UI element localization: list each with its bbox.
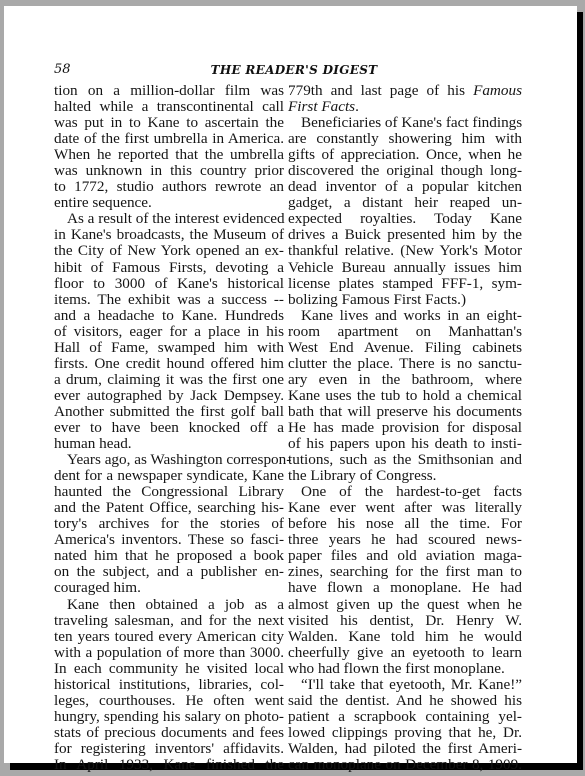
text-line: tion on a million-dollar film was <box>54 83 284 99</box>
text-line: zines, searching for the first man to <box>288 564 522 580</box>
text-line: stats of precious documents and fees <box>54 725 284 741</box>
text-line: Walden, had piloted the first Ameri- <box>288 741 522 757</box>
text-line: In April 1933, Kane finished the <box>54 757 284 773</box>
text-line: ever autographed by Jack Dempsey. <box>54 388 284 404</box>
text-line: In each community he visited local <box>54 661 284 677</box>
text-line: the Library of Congress. <box>288 468 522 484</box>
text-line: a drum, claiming it was the first one <box>54 372 284 388</box>
text-line: halted while a transcontinental call <box>54 99 284 115</box>
text-line: Kane then obtained a job as a <box>54 597 284 613</box>
left-column: tion on a million-dollar film washalted … <box>54 83 284 773</box>
text-line: the City of New York opened an ex- <box>54 243 284 259</box>
text-line: 779th and last page of his Famous <box>288 83 522 99</box>
text-line: West End Avenue. Filing cabinets <box>288 340 522 356</box>
text-line: to 1772, studio authors rewrote an <box>54 179 284 195</box>
text-line: dead inventor of a popular kitchen <box>288 179 522 195</box>
text-line: couraged him. <box>54 580 284 596</box>
text-line: of visitors, eager for a place in his <box>54 324 284 340</box>
text-line: paper files and old aviation maga- <box>288 548 522 564</box>
text-line: discovered the original though long- <box>288 163 522 179</box>
text-line: Kane lives and works in an eight- <box>288 308 522 324</box>
text-line: Kane uses the tub to hold a chemical <box>288 388 522 404</box>
text-line: license plates stamped FFF-1, sym- <box>288 276 522 292</box>
text-line: gifts of appreciation. Once, when he <box>288 147 522 163</box>
text-line: in Kane's broadcasts, the Museum of <box>54 227 284 243</box>
right-column: 779th and last page of his FamousFirst F… <box>288 83 522 773</box>
text-line: Walden. Kane told him he would <box>288 629 522 645</box>
text-line: thankful relative. (New York's Motor <box>288 243 522 259</box>
text-line: tutions, such as the Smithsonian and <box>288 452 522 468</box>
text-line: traveling salesman, and for the next <box>54 613 284 629</box>
text-line: was unknown in this country prior <box>54 163 284 179</box>
text-line: Beneficiaries of Kane's fact findings <box>288 115 522 131</box>
text-line: with a population of more than 3000. <box>54 645 284 661</box>
text-line: hungry, spending his salary on photo- <box>54 709 284 725</box>
text-line: date of the first umbrella in America. <box>54 131 284 147</box>
text-line: As a result of the interest evidenced <box>54 211 284 227</box>
text-line: three years he had scoured news- <box>288 532 522 548</box>
text-line: “I'll take that eyetooth, Mr. Kane!” <box>288 677 522 693</box>
text-line: nated him that he proposed a book <box>54 548 284 564</box>
text-line: and the Patent Office, searching his- <box>54 500 284 516</box>
text-line: hibit of Famous Firsts, devoting a <box>54 260 284 276</box>
text-line: clutter the place. There is no sanctu- <box>288 356 522 372</box>
text-line: and a headache to Kane. Hundreds <box>54 308 284 324</box>
running-title: THE READER'S DIGEST <box>54 63 524 77</box>
text-line: almost given up the quest when he <box>288 597 522 613</box>
text-line: America's inventors. These so fasci- <box>54 532 284 548</box>
text-line: have flown a monoplane. He had <box>288 580 522 596</box>
text-line: bath that will preserve his documents <box>288 404 522 420</box>
text-line: drives a Buick presented him by the <box>288 227 522 243</box>
text-line: entire sequence. <box>54 195 284 211</box>
text-line: cheerfully give an eyetooth to learn <box>288 645 522 661</box>
text-line: for registering inventors' affidavits. <box>54 741 284 757</box>
text-line: When he reported that the umbrella <box>54 147 284 163</box>
text-line: before his nose all the time. For <box>288 516 522 532</box>
text-line: expected royalties. Today Kane <box>288 211 522 227</box>
text-line: said the dentist. And he showed his <box>288 693 522 709</box>
text-line: visited his dentist, Dr. Henry W. <box>288 613 522 629</box>
text-line: was put in to Kane to ascertain the <box>54 115 284 131</box>
text-line: who had flown the first monoplane. <box>288 661 522 677</box>
text-line: can monoplane on December 8, 1909. <box>288 757 522 773</box>
text-line: gadget, a distant heir reaped un- <box>288 195 522 211</box>
text-line: Vehicle Bureau annually issues him <box>288 260 522 276</box>
text-line: are constantly showering him with <box>288 131 522 147</box>
text-line: Another submitted the first golf ball <box>54 404 284 420</box>
text-line: firsts. One credit hound offered him <box>54 356 284 372</box>
text-line: items. The exhibit was a success -- <box>54 292 284 308</box>
text-line: Hall of Fame, swamped him with <box>54 340 284 356</box>
text-line: room apartment on Manhattan's <box>288 324 522 340</box>
text-line: He has made provision for disposal <box>288 420 522 436</box>
text-line: dent for a newspaper syndicate, Kane <box>54 468 284 484</box>
text-line: First Facts. <box>288 99 522 115</box>
text-line: ten years toured every American city <box>54 629 284 645</box>
text-line: human head. <box>54 436 284 452</box>
text-line: ever to have been knocked off a <box>54 420 284 436</box>
text-line: One of the hardest-to-get facts <box>288 484 522 500</box>
text-line: leges, courthouses. He often went <box>54 693 284 709</box>
text-line: Kane ever went after was literally <box>288 500 522 516</box>
text-line: patient a scrapbook containing yel- <box>288 709 522 725</box>
text-line: haunted the Congressional Library <box>54 484 284 500</box>
text-line: bolizing Famous First Facts.) <box>288 292 522 308</box>
text-line: lowed clippings proving that he, Dr. <box>288 725 522 741</box>
page-header: 58 THE READER'S DIGEST <box>54 62 524 80</box>
text-line: historical institutions, libraries, col- <box>54 677 284 693</box>
text-line: Years ago, as Washington correspon- <box>54 452 284 468</box>
text-line: ary even in the bathroom, where <box>288 372 522 388</box>
text-line: tory's archives for the stories of <box>54 516 284 532</box>
text-line: on the subject, and a publisher en- <box>54 564 284 580</box>
text-line: floor to 3000 of Kane's historical <box>54 276 284 292</box>
text-line: of his papers upon his death to insti- <box>288 436 522 452</box>
